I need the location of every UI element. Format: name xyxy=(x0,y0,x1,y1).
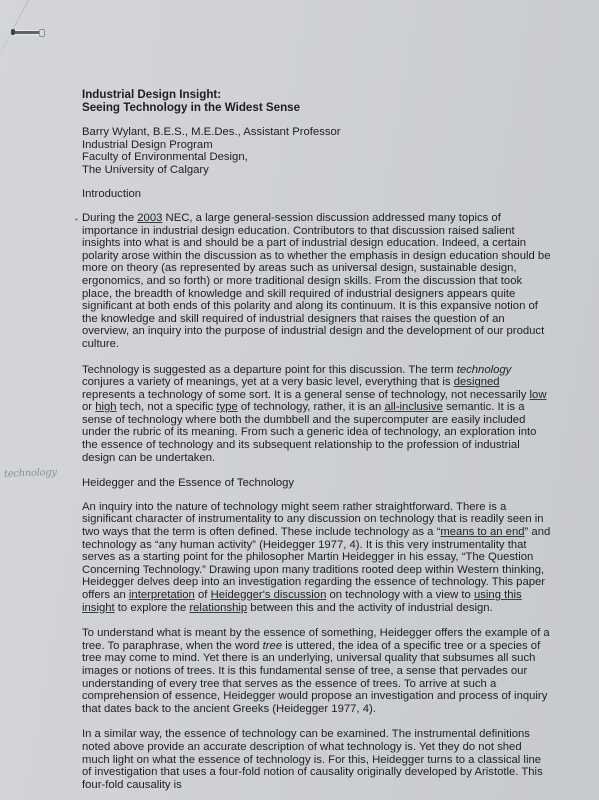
underlined-text: type xyxy=(216,401,237,413)
paragraph: Technology is suggested as a departure p… xyxy=(82,364,552,465)
document-body: Industrial Design Insight: Seeing Techno… xyxy=(82,88,552,791)
underlined-text: 2003 xyxy=(137,212,162,224)
author-name: Barry Wylant, B.E.S., M.E.Des., Assistan… xyxy=(82,126,552,139)
underlined-text: relationship xyxy=(189,602,247,614)
underlined-text: means to an end xyxy=(440,526,524,538)
underlined-text: designed xyxy=(454,376,500,388)
author-block: Barry Wylant, B.E.S., M.E.Des., Assistan… xyxy=(82,126,552,176)
author-faculty: Faculty of Environmental Design, xyxy=(82,151,552,164)
paragraph: In a similar way, the essence of technol… xyxy=(82,728,552,791)
staple-icon xyxy=(12,31,44,34)
paragraph: •During the 2003 NEC, a large general-se… xyxy=(82,212,552,351)
scanned-document-page: technology Industrial Design Insight: Se… xyxy=(0,0,599,800)
underlined-text: interpretation xyxy=(129,589,195,601)
paragraph: To understand what is meant by the essen… xyxy=(82,627,552,715)
italic-text: tree xyxy=(263,640,282,652)
paragraph: An inquiry into the nature of technology… xyxy=(82,501,552,614)
document-title: Industrial Design Insight: Seeing Techno… xyxy=(82,88,552,114)
paper-fold-crease xyxy=(0,0,29,80)
underlined-text: all-inclusive xyxy=(384,401,442,413)
underlined-text: low xyxy=(530,389,547,401)
section-heading-heidegger: Heidegger and the Essence of Technology xyxy=(82,477,552,490)
title-line-2: Seeing Technology in the Widest Sense xyxy=(82,101,552,114)
bullet-mark: • xyxy=(75,214,78,227)
author-university: The University of Calgary xyxy=(82,164,552,177)
author-program: Industrial Design Program xyxy=(82,139,552,152)
underlined-text: Heidegger's discussion xyxy=(211,589,327,601)
italic-text: technology xyxy=(457,364,512,376)
handwritten-margin-note: technology xyxy=(4,467,58,480)
title-line-1: Industrial Design Insight: xyxy=(82,88,552,101)
underlined-text: high xyxy=(95,401,116,413)
section-heading-introduction: Introduction xyxy=(82,188,552,201)
